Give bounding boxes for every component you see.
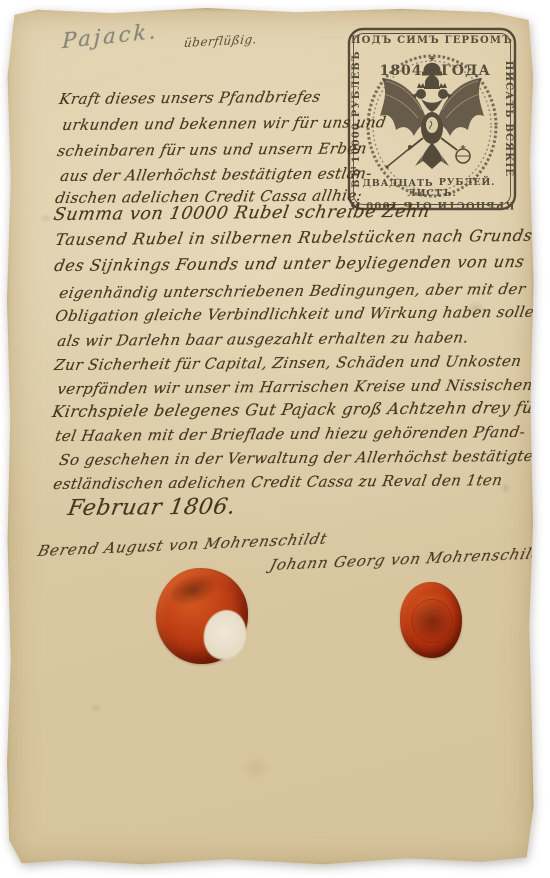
handwritten-line: urkunden und bekennen wir für uns und — [61, 113, 388, 134]
wax-seal-damage-patch — [198, 606, 251, 665]
stamp-text-right: ПИСАТЬ ВСЯКІЕ — [503, 61, 514, 177]
handwritten-line: tel Haaken mit der Brieflade und hiezu g… — [54, 423, 527, 445]
stamp-value-right: РУБЛЕЙ. — [439, 175, 496, 188]
stamp-sheet-word: ЛИСТЪ. — [407, 188, 456, 199]
wax-seal-dark-streak — [164, 569, 221, 612]
document-photo: Pajack. überflüßig. ПОДЪ СИМЪ ГЕРБОМЪ ПИ… — [6, 8, 534, 866]
handwritten-line: des Sijnkings Founds und unter beyliegen… — [53, 252, 526, 275]
stamp-year-word: ГОДА — [441, 63, 491, 79]
handwritten-line: estländischen adelichen Credit Cassa zu … — [52, 471, 504, 493]
signature-right: Johann Georg von Mohrenschildt — [268, 544, 550, 574]
handwritten-line: Kirchspiele belegenes Gut Pajack groß Ac… — [51, 398, 550, 421]
stamp-text-top: ПОДЪ СИМЪ ГЕРБОМЪ — [351, 35, 513, 46]
handwritten-line: Summa von 10000 Rubel schreibe Zehn — [52, 202, 432, 225]
handwritten-line: Kraft dieses unsers Pfandbriefes — [58, 88, 322, 108]
handwritten-line: verpfänden wir unser im Harrischen Kreis… — [56, 376, 534, 398]
handwritten-line: als wir Darlehn baar ausgezahlt erhalten… — [56, 328, 470, 350]
stamp-year: 1804 — [380, 63, 423, 79]
handwritten-line: scheinbaren für uns und unsern Erben — [56, 139, 368, 160]
double-headed-eagle-icon — [380, 68, 484, 169]
handwritten-line: Tausend Rubel in silbernen Rubelstücken … — [54, 225, 550, 249]
handwritten-line: aus der Allerhöchst bestätigten estlän- — [59, 164, 373, 185]
date-line: Februar 1806. — [66, 495, 238, 521]
handwritten-line: So geschehen in der Verwaltung der Aller… — [58, 447, 545, 469]
handwritten-line: eigenhändig unterschriebenen Bedingungen… — [58, 280, 527, 302]
pencil-annotation: Pajack. — [62, 19, 159, 53]
document-paper: Pajack. überflüßig. ПОДЪ СИМЪ ГЕРБОМЪ ПИ… — [6, 8, 534, 866]
ink-annotation: überflüßig. — [183, 32, 258, 50]
wax-seal-left — [156, 568, 248, 664]
handwritten-line: Zur Sicherheit für Capital, Zinsen, Schä… — [53, 352, 523, 374]
wax-seal-right — [400, 582, 462, 658]
handwritten-line: Obligation gleiche Verbindlichkeit und W… — [54, 303, 546, 325]
wax-seal-impression — [411, 599, 453, 644]
